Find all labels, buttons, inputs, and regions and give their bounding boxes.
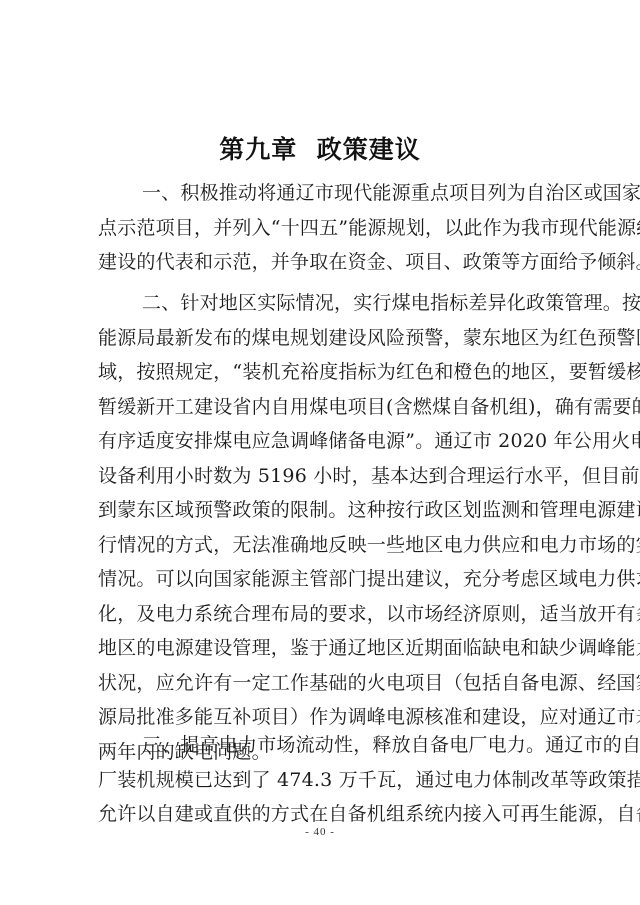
text-line: 有序适度安排煤电应急调峰储备电源”。通辽市 2020 年公用火电机组 (98, 424, 542, 459)
text-line: 域，按照规定，“装机充裕度指标为红色和橙色的地区，要暂缓核准、 (98, 355, 542, 390)
text-line: 暂缓新开工建设省内自用煤电项目(含燃煤自备机组)，确有需要的， (98, 390, 542, 425)
paragraph-3: 三、提高电力市场流动性，释放自备电厂电力。通辽市的自备电 厂装机规模已达到了 4… (98, 728, 542, 832)
text-line: 建设的代表和示范，并争取在资金、项目、政策等方面给予倾斜。 (98, 245, 542, 280)
text-line: 一、积极推动将通辽市现代能源重点项目列为自治区或国家级重 (98, 176, 542, 211)
document-page: 第九章 政策建议 一、积极推动将通辽市现代能源重点项目列为自治区或国家级重 点示… (0, 0, 640, 905)
text-line: 地区的电源建设管理，鉴于通辽地区近期面临缺电和缺少调峰能力的 (98, 631, 542, 666)
paragraph-2: 二、针对地区实际情况，实行煤电指标差异化政策管理。按国家 能源局最新发布的煤电规… (98, 286, 542, 769)
text-line: 状况，应允许有一定工作基础的火电项目（包括自备电源、经国家能 (98, 666, 542, 701)
paragraph-1: 一、积极推动将通辽市现代能源重点项目列为自治区或国家级重 点示范项目，并列入“十… (98, 176, 542, 280)
chapter-title: 第九章 政策建议 (0, 134, 640, 166)
text-line: 化，及电力系统合理布局的要求，以市场经济原则，适当放开有条件 (98, 597, 542, 632)
page-number: - 40 - (0, 826, 640, 838)
text-line: 到蒙东区域预警政策的限制。这种按行政区划监测和管理电源建设运 (98, 493, 542, 528)
text-line: 二、针对地区实际情况，实行煤电指标差异化政策管理。按国家 (98, 286, 542, 321)
text-line: 三、提高电力市场流动性，释放自备电厂电力。通辽市的自备电 (98, 728, 542, 763)
text-line: 行情况的方式，无法准确地反映一些地区电力供应和电力市场的实际 (98, 528, 542, 563)
text-line: 点示范项目，并列入“十四五”能源规划，以此作为我市现代能源经济 (98, 211, 542, 246)
text-line: 情况。可以向国家能源主管部门提出建议，充分考虑区域电力供求变 (98, 562, 542, 597)
text-line: 设备利用小时数为 5196 小时，基本达到合理运行水平，但目前也受 (98, 459, 542, 494)
text-line: 能源局最新发布的煤电规划建设风险预警，蒙东地区为红色预警区 (98, 321, 542, 356)
text-line: 厂装机规模已达到了 474.3 万千瓦，通过电力体制改革等政策措施， (98, 763, 542, 798)
